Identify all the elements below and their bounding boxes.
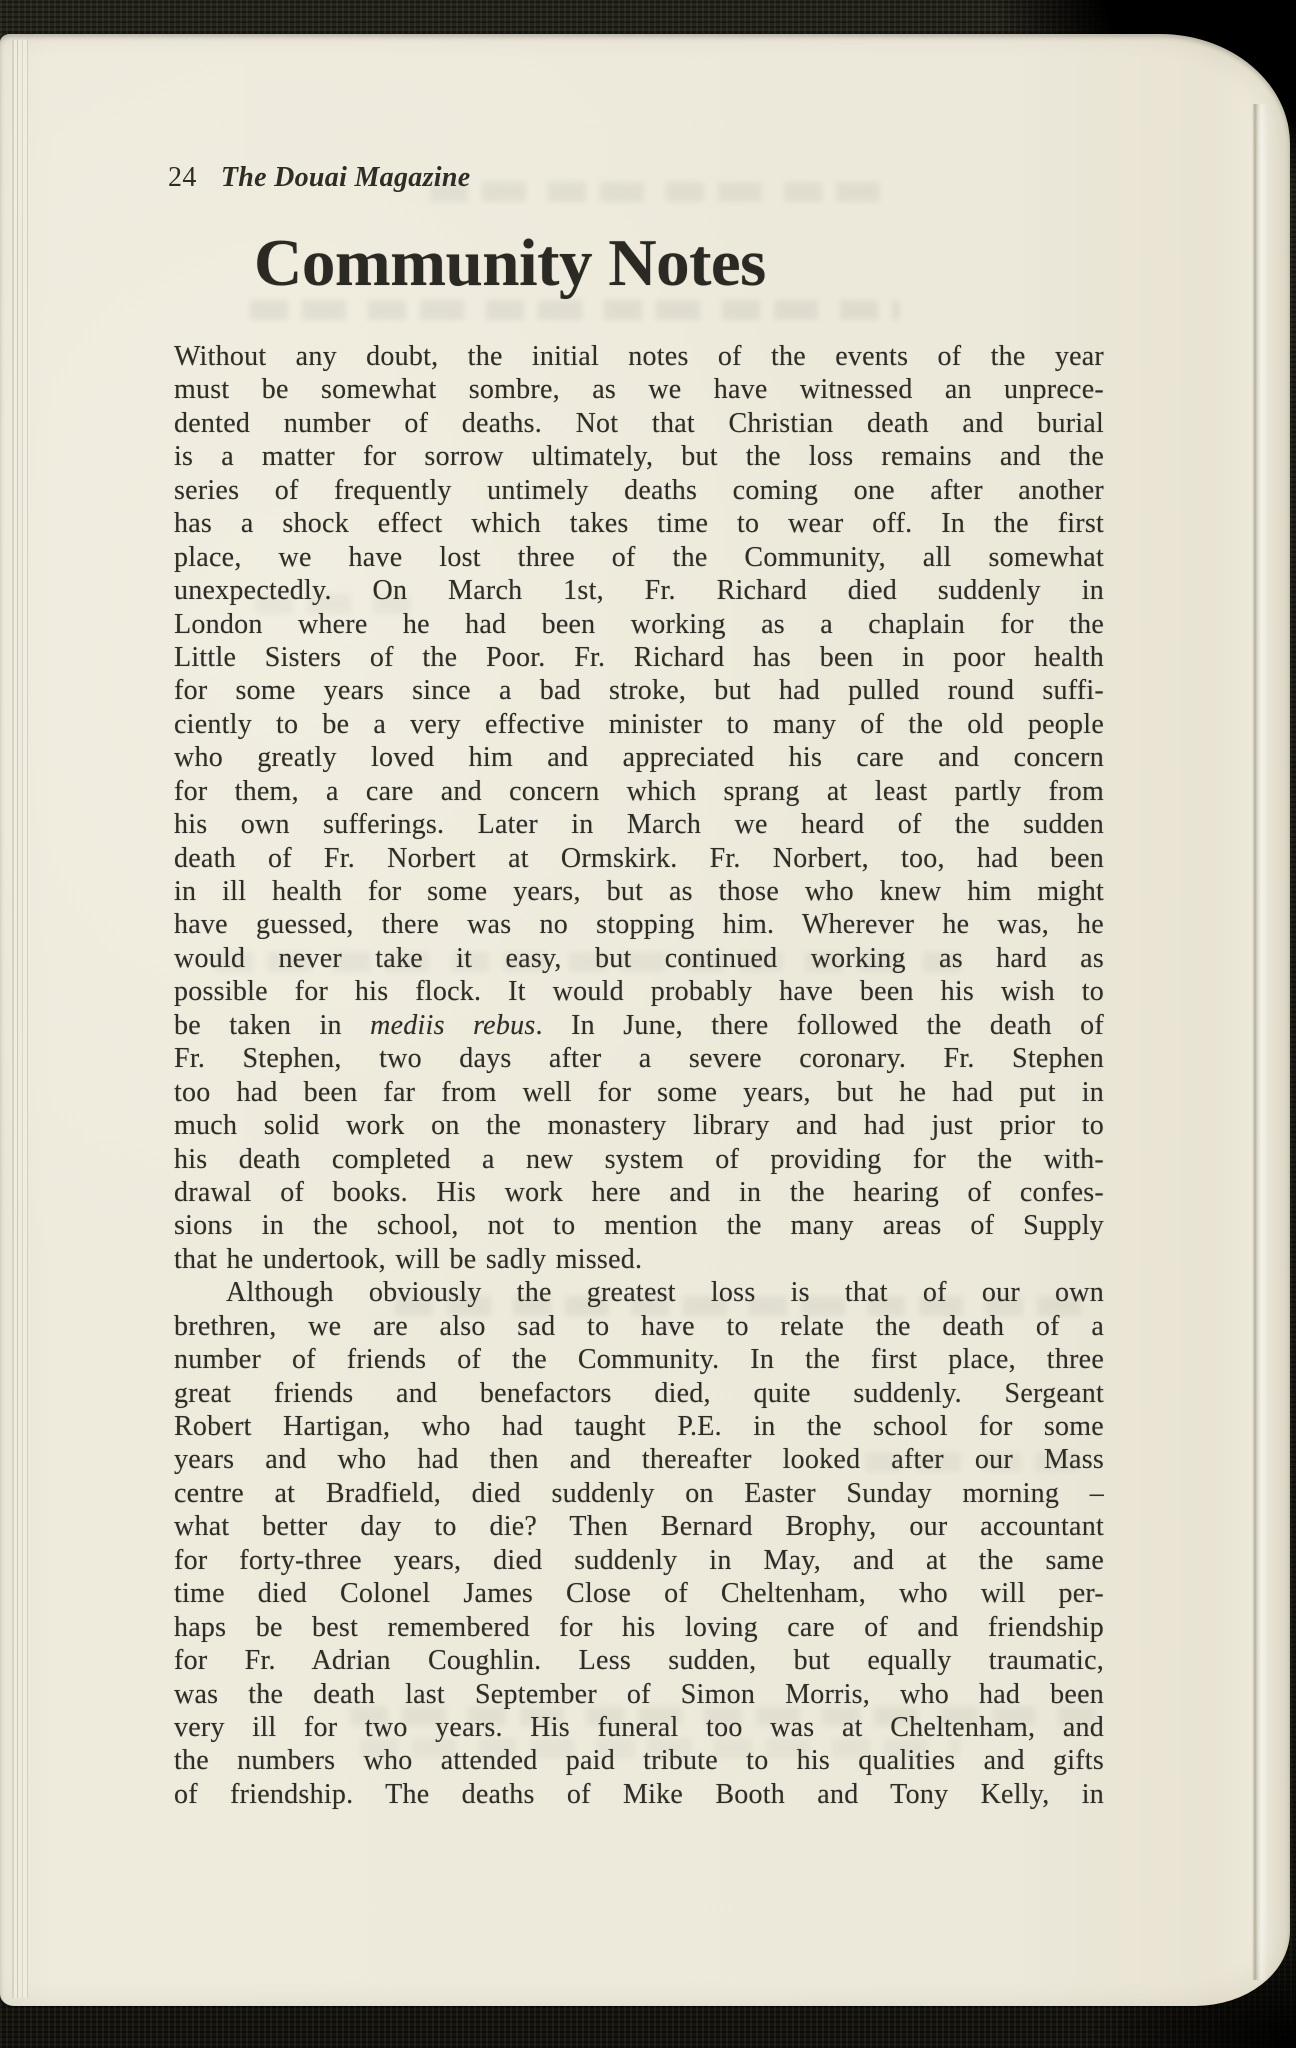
text-line: centre at Bradfield, died suddenly on Ea… [174, 1477, 1104, 1510]
text-line: great friends and benefactors died, quit… [174, 1377, 1104, 1410]
text-line: is a matter for sorrow ultimately, but t… [174, 440, 1104, 473]
text-line: his own sufferings. Later in March we he… [174, 808, 1104, 841]
text-line: that he undertook, will be sadly missed. [174, 1243, 1104, 1276]
text-line-part: . In June, there followed the death of [536, 1010, 1104, 1041]
text-line: very ill for two years. His funeral too … [174, 1711, 1104, 1744]
text-line: drawal of books. His work here and in th… [174, 1176, 1104, 1209]
text-line: was the death last September of Simon Mo… [174, 1678, 1104, 1711]
text-line: the numbers who attended paid tribute to… [174, 1744, 1104, 1777]
page-number: 24 [168, 162, 197, 193]
text-line: Although obviously the greatest loss is … [174, 1276, 1104, 1309]
text-line: have guessed, there was no stopping him.… [174, 908, 1104, 941]
text-line: possible for his flock. It would probabl… [174, 975, 1104, 1008]
text-line: Fr. Stephen, two days after a severe cor… [174, 1042, 1104, 1075]
text-line: London where he had been working as a ch… [174, 608, 1104, 641]
text-line: for forty-three years, died suddenly in … [174, 1544, 1104, 1577]
text-line: his death completed a new system of prov… [174, 1143, 1104, 1176]
text-line: Robert Hartigan, who had taught P.E. in … [174, 1410, 1104, 1443]
article-title: Community Notes [254, 230, 766, 297]
bleed-through-ghost-text [430, 182, 900, 202]
scanned-book-photo: 24The Douai Magazine Community Notes Wit… [0, 0, 1296, 2048]
text-line: brethren, we are also sad to have to rel… [174, 1310, 1104, 1343]
text-line: place, we have lost three of the Communi… [174, 541, 1104, 574]
magazine-title: The Douai Magazine [221, 162, 471, 193]
text-line: too had been far from well for some year… [174, 1076, 1104, 1109]
text-line: in ill health for some years, but as tho… [174, 875, 1104, 908]
book-page: 24The Douai Magazine Community Notes Wit… [0, 34, 1290, 2006]
text-line: for some years since a bad stroke, but h… [174, 674, 1104, 707]
text-line: Little Sisters of the Poor. Fr. Richard … [174, 641, 1104, 674]
bleed-through-ghost-text [250, 300, 900, 320]
fore-edge-crease [1252, 104, 1268, 1980]
text-line: death of Fr. Norbert at Ormskirk. Fr. No… [174, 842, 1104, 875]
text-line: must be somewhat sombre, as we have witn… [174, 373, 1104, 406]
text-line: dented number of deaths. Not that Christ… [174, 407, 1104, 440]
page-edge-stack [10, 40, 32, 1998]
text-line-part: be taken in [174, 1010, 342, 1041]
text-line: would never take it easy, but continued … [174, 942, 1104, 975]
text-line: what better day to die? Then Bernard Bro… [174, 1510, 1104, 1543]
text-line: unexpectedly. On March 1st, Fr. Richard … [174, 574, 1104, 607]
text-line: haps be best remembered for his loving c… [174, 1611, 1104, 1644]
text-line: for Fr. Adrian Coughlin. Less sudden, bu… [174, 1644, 1104, 1677]
text-line: of friendship. The deaths of Mike Booth … [174, 1778, 1104, 1811]
text-line-with-italic: be taken in mediis rebus. In June, there… [174, 1009, 1104, 1042]
article-body: Without any doubt, the initial notes of … [174, 340, 1104, 1811]
text-line: who greatly loved him and appreciated hi… [174, 741, 1104, 774]
text-line: Without any doubt, the initial notes of … [174, 340, 1104, 373]
text-line: series of frequently untimely deaths com… [174, 474, 1104, 507]
text-line: time died Colonel James Close of Chelten… [174, 1577, 1104, 1610]
text-line: sions in the school, not to mention the … [174, 1209, 1104, 1242]
text-line: number of friends of the Community. In t… [174, 1343, 1104, 1376]
text-line: much solid work on the monastery library… [174, 1109, 1104, 1142]
running-head: 24The Douai Magazine [168, 162, 470, 194]
latin-phrase: mediis rebus [370, 1010, 535, 1041]
text-line: years and who had then and thereafter lo… [174, 1443, 1104, 1476]
text-line: has a shock effect which takes time to w… [174, 507, 1104, 540]
text-line: ciently to be a very effective minister … [174, 708, 1104, 741]
text-line: for them, a care and concern which spran… [174, 775, 1104, 808]
